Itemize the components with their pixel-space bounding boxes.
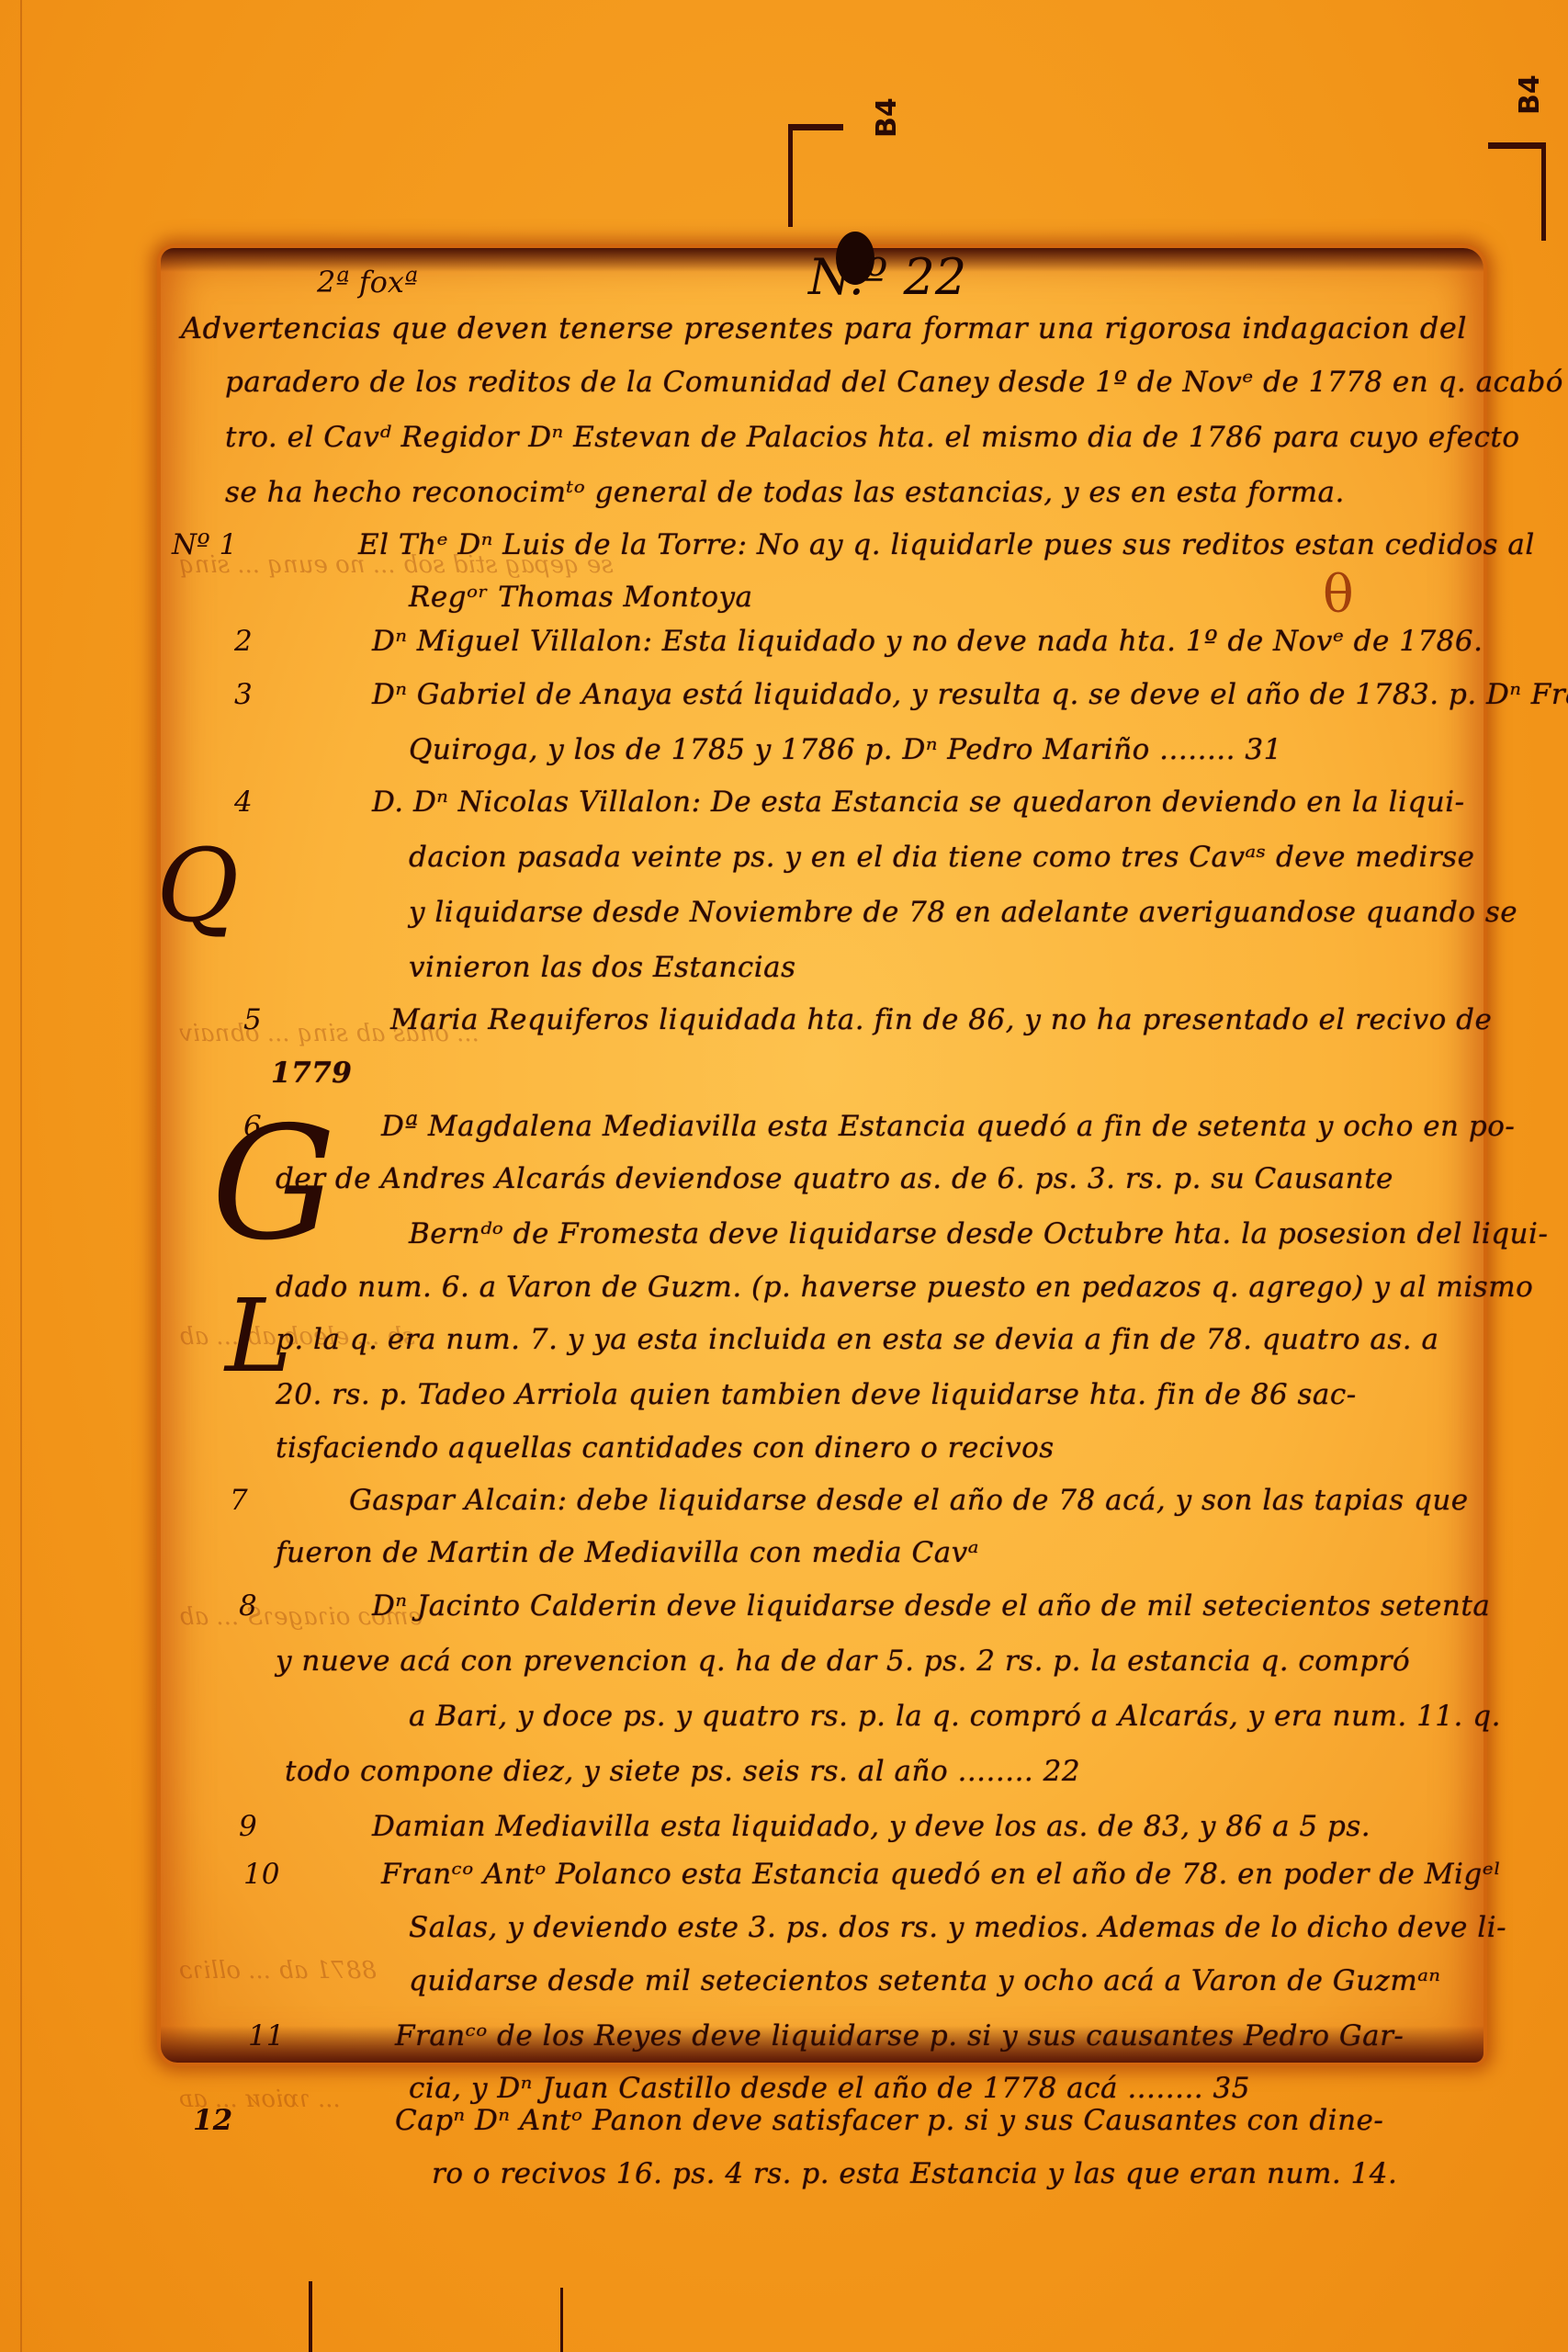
entry-line: Dⁿ Jacinto Calderin deve liquidarse desd… [372, 1589, 1490, 1623]
entry-line: Dª Magdalena Mediavilla esta Estancia qu… [381, 1110, 1515, 1143]
entry-line: todo compone diez, y siete ps. seis rs. … [285, 1755, 1080, 1788]
crop-mark-right [1488, 142, 1546, 241]
heading-line: Advertencias que deven tenerse presentes… [181, 311, 1467, 345]
entry-number: Nº 1 [172, 528, 237, 561]
entry-line: y liquidarse desde Noviembre de 78 en ad… [409, 896, 1517, 929]
entry-line: vinieron las dos Estancias [409, 951, 796, 984]
entry-line: cia, y Dⁿ Juan Castillo desde el año de … [409, 2072, 1250, 2105]
entry-line: tisfaciendo aquellas cantidades con dine… [276, 1431, 1055, 1464]
entry-line: quidarse desde mil setecientos setenta y… [409, 1964, 1440, 1997]
bleed-through-text: 8871 ab ... olliɿɔ [179, 1957, 377, 1984]
margin-letter-l: L [225, 1277, 292, 1395]
entry-line: y nueve acá con prevencion q. ha de dar … [276, 1645, 1410, 1678]
entry-line: der de Andres Alcarás deviendose quatro … [276, 1162, 1393, 1195]
entry-line: Quiroga, y los de 1785 y 1786 p. Dⁿ Pedr… [409, 733, 1282, 766]
entry-line: dado num. 6. a Varon de Guzm. (p. havers… [276, 1271, 1533, 1304]
entry-number: 9 [239, 1810, 257, 1843]
entry-line: a Bari, y doce ps. y quatro rs. p. la q.… [409, 1700, 1501, 1733]
crop-mark-bottom-left [309, 2281, 312, 2352]
document-number: N.º 22 [808, 248, 966, 306]
crop-label-right: B4 [1514, 74, 1546, 115]
entry-line: Salas, y deviendo este 3. ps. dos rs. y … [409, 1911, 1506, 1944]
folio-note: 2ª foxª [317, 265, 418, 300]
entry-number: 5 [243, 1003, 262, 1036]
margin-mark-theta: θ [1323, 565, 1354, 625]
margin-letter-q: Q [156, 827, 239, 944]
heading-line: tro. el Cavᵈ Regidor Dⁿ Estevan de Palac… [225, 421, 1520, 454]
entry-line: Damian Mediavilla esta liquidado, y deve… [372, 1810, 1371, 1843]
entry-number: 10 [243, 1858, 279, 1891]
crop-mark-left [788, 124, 843, 227]
entry-line: Dⁿ Miguel Villalon: Esta liquidado y no … [372, 625, 1483, 658]
entry-number: 2 [234, 625, 253, 658]
crop-mark-bottom-right [560, 2288, 563, 2352]
entry-line: Bernᵈᵒ de Fromesta deve liquidarse desde… [409, 1217, 1548, 1250]
entry-number: 12 [193, 2104, 232, 2137]
heading-line: paradero de los reditos de la Comunidad … [225, 366, 1568, 399]
entry-line: 20. rs. p. Tadeo Arriola quien tambien d… [276, 1378, 1357, 1411]
entry-line: ro o recivos 16. ps. 4 rs. p. esta Estan… [432, 2157, 1397, 2190]
entry-line: Franᶜᵒ Antᵒ Polanco esta Estancia quedó … [381, 1858, 1501, 1891]
heading-line: se ha hecho reconocimᵗᵒ general de todas… [225, 476, 1345, 509]
manuscript-page: se qepag stid sob ... no eunq ... sinq .… [161, 248, 1483, 2063]
entry-number: 11 [248, 2019, 284, 2052]
entry-line: Franᶜᵒ de los Reyes deve liquidarse p. s… [395, 2019, 1404, 2052]
entry-line: fueron de Martin de Mediavilla con media… [276, 1536, 979, 1569]
entry-line: dacion pasada veinte ps. y en el dia tie… [409, 841, 1474, 874]
entry-line: Capⁿ Dⁿ Antᵒ Panon deve satisfacer p. si… [395, 2104, 1383, 2137]
entry-line: Gaspar Alcain: debe liquidarse desde el … [349, 1484, 1469, 1517]
entry-line: D. Dⁿ Nicolas Villalon: De esta Estancia… [372, 786, 1465, 819]
entry-line: p. la q. era num. 7. y ya esta incluida … [276, 1323, 1438, 1356]
entry-number: 8 [239, 1589, 257, 1623]
margin-letter-g: G [211, 1093, 336, 1275]
entry-number: 4 [234, 786, 253, 819]
entry-number: 3 [234, 678, 253, 711]
crop-label-left: B4 [871, 97, 903, 138]
entry-line: Regᵒʳ Thomas Montoya [409, 581, 753, 614]
entry-line: Dⁿ Gabriel de Anaya está liquidado, y re… [372, 678, 1568, 711]
entry-line: El Thᵉ Dⁿ Luis de la Torre: No ay q. liq… [358, 528, 1535, 561]
entry-number: 7 [230, 1484, 248, 1517]
entry-line: 1779 [271, 1057, 352, 1090]
scan-fold-line [20, 0, 22, 2352]
entry-line: Maria Requiferos liquidada hta. fin de 8… [390, 1003, 1492, 1036]
